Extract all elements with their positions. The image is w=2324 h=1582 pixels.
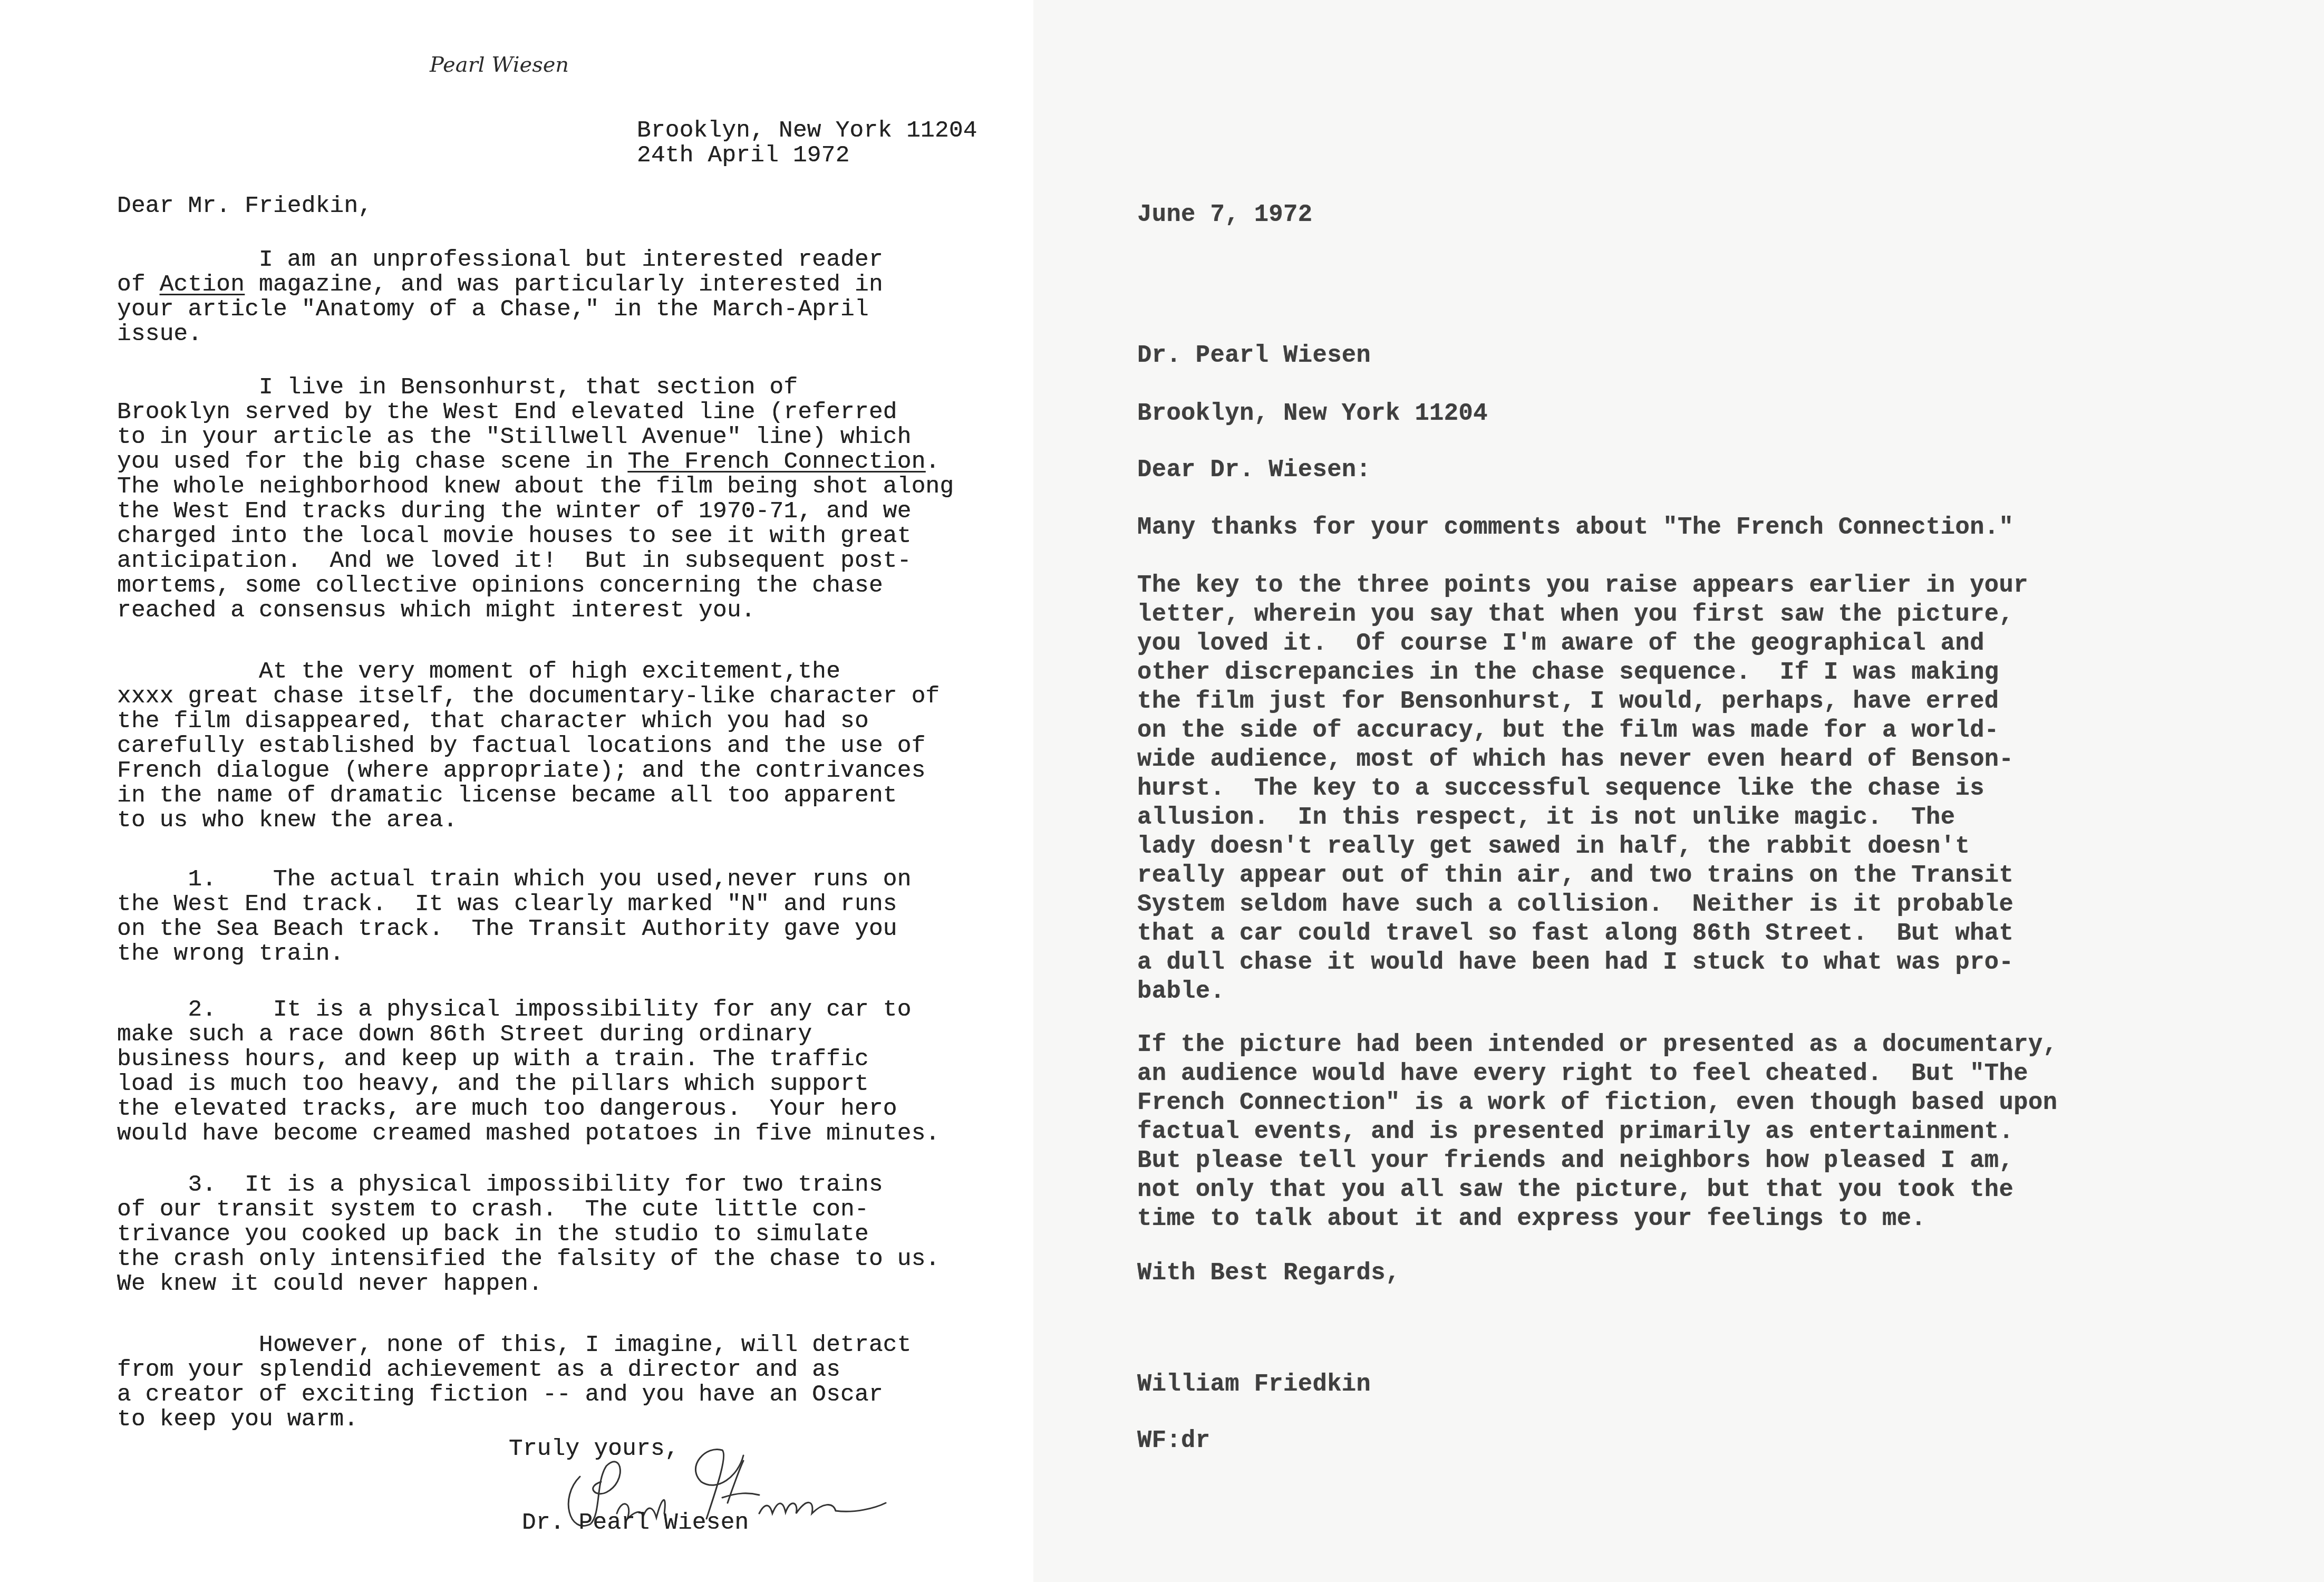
paragraph-line: factual events, and is presented primari… bbox=[1137, 1117, 2013, 1146]
letter-from-pearl-wiesen: Pearl Wiesen Brooklyn, New York 11204 24… bbox=[0, 0, 1033, 1582]
signature-name: Dr. Pearl Wiesen bbox=[522, 1511, 749, 1536]
paragraph-line: other discrepancies in the chase sequenc… bbox=[1137, 658, 1999, 687]
paragraph-line: the wrong train. bbox=[117, 942, 344, 967]
closing: With Best Regards, bbox=[1137, 1259, 1400, 1288]
paragraph-line: I am an unprofessional but interested re… bbox=[117, 248, 883, 273]
paragraph-line: trivance you cooked up back in the studi… bbox=[117, 1222, 869, 1247]
paragraph-line: make such a race down 86th Street during… bbox=[117, 1022, 812, 1047]
paragraph-line: bable. bbox=[1137, 977, 1225, 1006]
paragraph-line: that a car could travel so fast along 86… bbox=[1137, 919, 2013, 948]
paragraph-line: The whole neighborhood knew about the fi… bbox=[117, 475, 954, 499]
paragraph-line: the film just for Bensonhurst, I would, … bbox=[1137, 687, 1999, 716]
paragraph-line: to keep you warm. bbox=[117, 1407, 358, 1432]
paragraph-line: to in your article as the "Stillwell Ave… bbox=[117, 425, 912, 450]
paragraph-line: At the very moment of high excitement,th… bbox=[117, 660, 840, 684]
paragraph-line: time to talk about it and express your f… bbox=[1137, 1204, 1926, 1233]
paragraph-line: mortems, some collective opinions concer… bbox=[117, 574, 883, 599]
underlined-title: Action bbox=[160, 272, 245, 298]
paragraph-line: Brooklyn served by the West End elevated… bbox=[117, 400, 897, 425]
paragraph-line: not only that you all saw the picture, b… bbox=[1137, 1175, 2013, 1204]
paragraph-line: 2. It is a physical impossibility for an… bbox=[117, 998, 912, 1022]
paragraph-line: a creator of exciting fiction -- and you… bbox=[117, 1383, 883, 1407]
paragraph-line: you used for the big chase scene in The … bbox=[117, 450, 940, 475]
paragraph-line: lady doesn't really get sawed in half, t… bbox=[1137, 832, 1970, 861]
paragraph-line: really appear out of thin air, and two t… bbox=[1137, 861, 2013, 890]
paragraph-line: issue. bbox=[117, 322, 202, 347]
paragraph-line: the film disappeared, that character whi… bbox=[117, 709, 869, 734]
salutation: Dear Mr. Friedkin, bbox=[117, 194, 372, 219]
paragraph-line: System seldom have such a collision. Nei… bbox=[1137, 890, 2013, 919]
signature-name: William Friedkin bbox=[1137, 1370, 1371, 1399]
paragraph-line: I live in Bensonhurst, that section of bbox=[117, 375, 798, 400]
paragraph-line: business hours, and keep up with a train… bbox=[117, 1047, 869, 1072]
reply-from-william-friedkin: June 7, 1972 Dr. Pearl Wiesen Brooklyn, … bbox=[1033, 0, 2324, 1582]
paragraph-line: French dialogue (where appropriate); and… bbox=[117, 759, 926, 784]
paragraph-line: reached a consensus which might interest… bbox=[117, 599, 756, 623]
paragraph-line: on the side of accuracy, but the film wa… bbox=[1137, 716, 1999, 745]
paragraph-line: in the name of dramatic license became a… bbox=[117, 784, 897, 808]
paragraph-line: wide audience, most of which has never e… bbox=[1137, 745, 2013, 774]
paragraph-line: a dull chase it would have been had I st… bbox=[1137, 948, 2013, 977]
paragraph-line: We knew it could never happen. bbox=[117, 1272, 543, 1297]
letter-date: 24th April 1972 bbox=[637, 143, 850, 168]
recipient-address: Brooklyn, New York 11204 bbox=[1137, 399, 1488, 428]
paragraph-line: of our transit system to crash. The cute… bbox=[117, 1198, 869, 1222]
paragraph-line: your article "Anatomy of a Chase," in th… bbox=[117, 297, 869, 322]
letter-date: June 7, 1972 bbox=[1137, 200, 1312, 229]
paragraph-line: the elevated tracks, are much too danger… bbox=[117, 1097, 897, 1122]
paragraph-line: However, none of this, I imagine, will d… bbox=[117, 1333, 912, 1358]
paragraph-line: If the picture had been intended or pres… bbox=[1137, 1030, 2057, 1059]
reference-initials: WF:dr bbox=[1137, 1426, 1211, 1455]
paragraph-line: to us who knew the area. bbox=[117, 808, 458, 833]
paragraph-line: carefully established by factual locatio… bbox=[117, 734, 926, 759]
paragraph-line: allusion. In this respect, it is not unl… bbox=[1137, 803, 1955, 832]
paragraph-line: French Connection" is a work of fiction,… bbox=[1137, 1088, 2057, 1117]
paragraph-line: the West End tracks during the winter of… bbox=[117, 499, 912, 524]
paragraph-line: But please tell your friends and neighbo… bbox=[1137, 1146, 2013, 1175]
paragraph-line: the West End track. It was clearly marke… bbox=[117, 892, 897, 917]
letterhead: Pearl Wiesen bbox=[430, 53, 569, 77]
opening-line: Many thanks for your comments about "The… bbox=[1137, 513, 2013, 542]
salutation: Dear Dr. Wiesen: bbox=[1137, 456, 1371, 485]
paragraph-line: charged into the local movie houses to s… bbox=[117, 524, 912, 549]
sender-address-line: Brooklyn, New York 11204 bbox=[637, 119, 977, 143]
recipient-name: Dr. Pearl Wiesen bbox=[1137, 341, 1371, 370]
paragraph-line: of Action magazine, and was particularly… bbox=[117, 273, 883, 297]
underlined-title: The French Connection bbox=[628, 449, 926, 475]
paragraph-line: you loved it. Of course I'm aware of the… bbox=[1137, 629, 1984, 658]
paragraph-line: from your splendid achievement as a dire… bbox=[117, 1358, 840, 1383]
paragraph-line: anticipation. And we loved it! But in su… bbox=[117, 549, 912, 574]
paragraph-line: the crash only intensified the falsity o… bbox=[117, 1247, 940, 1272]
paragraph-line: 1. The actual train which you used,never… bbox=[117, 867, 912, 892]
paragraph-line: letter, wherein you say that when you fi… bbox=[1137, 600, 2013, 629]
paragraph-line: hurst. The key to a successful sequence … bbox=[1137, 774, 1984, 803]
paragraph-line: load is much too heavy, and the pillars … bbox=[117, 1072, 869, 1097]
paragraph-line: would have become creamed mashed potatoe… bbox=[117, 1122, 940, 1146]
paragraph-line: on the Sea Beach track. The Transit Auth… bbox=[117, 917, 897, 942]
paragraph-line: an audience would have every right to fe… bbox=[1137, 1059, 2028, 1088]
paragraph-line: 3. It is a physical impossibility for tw… bbox=[117, 1173, 883, 1198]
paragraph-line: The key to the three points you raise ap… bbox=[1137, 571, 2028, 600]
paragraph-line: xxxx great chase itself, the documentary… bbox=[117, 684, 940, 709]
